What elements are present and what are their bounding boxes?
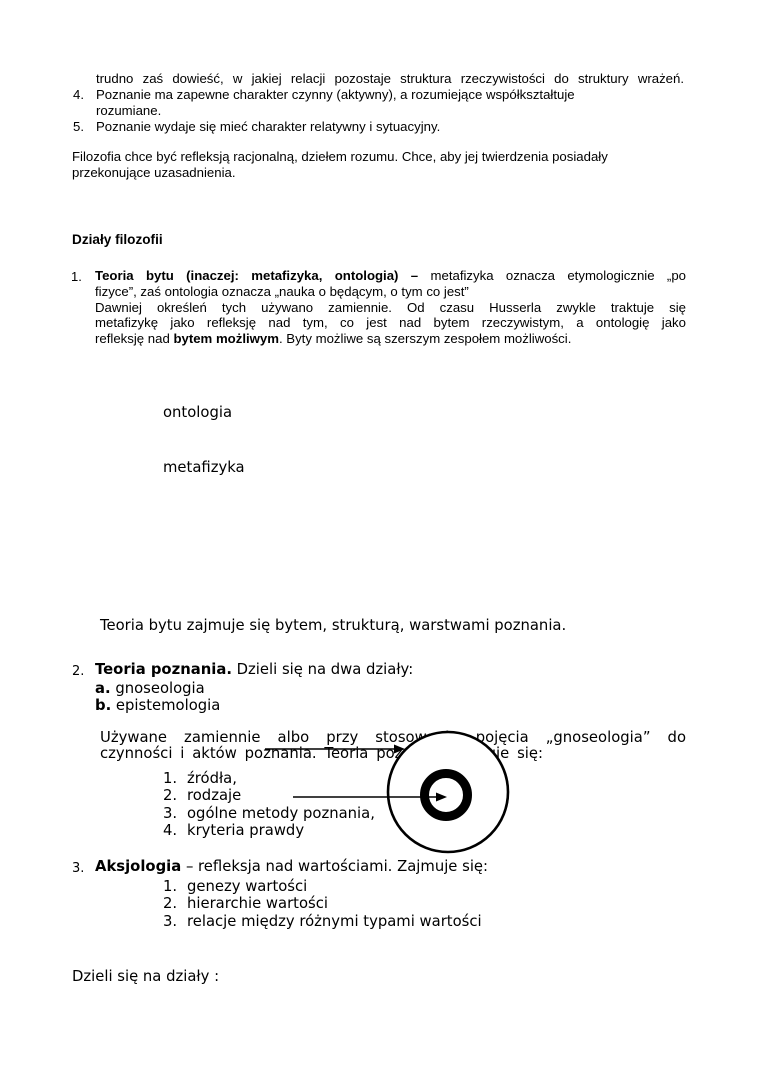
- philosophy-paragraph-line-1: Filozofia chce być refleksją racjonalną,…: [72, 149, 608, 165]
- aksjologia-list-item-1-number: 1.: [163, 878, 187, 895]
- aksjologia-list-item-2: 2.hierarchie wartości: [163, 895, 328, 912]
- aksjologia-list-item-1: 1.genezy wartości: [163, 878, 307, 895]
- intro-item-5-line-1: Poznanie wydaje się mieć charakter relat…: [96, 119, 440, 135]
- intro-item-4-number: 4.: [73, 87, 84, 103]
- footer-line: Dzieli się na działy :: [72, 968, 219, 985]
- usage-list-item-2: 2.rodzaje: [163, 787, 241, 804]
- aksjologia-list-item-3: 3.relacje między różnymi typami wartości: [163, 913, 482, 930]
- item-1-number: 1.: [71, 269, 82, 285]
- item-1-line-1-rest: metafizyka oznacza etymologicznie „po: [418, 268, 686, 283]
- item-2-title-bold: Teoria poznania.: [95, 661, 232, 678]
- usage-paragraph-line-2: czynności i aktów poznania. Teoria pozna…: [100, 745, 543, 762]
- philosophy-paragraph-line-2: przekonujące uzasadnienia.: [72, 165, 236, 181]
- item-1-line-1-bold: Teoria bytu (inaczej: metafizyka, ontolo…: [95, 268, 418, 283]
- usage-list-item-1: 1.źródła,: [163, 770, 237, 787]
- item-1-line-3: Dawniej określeń tych używano zamiennie.…: [95, 300, 686, 316]
- usage-list-item-3: 3.ogólne metody poznania,: [163, 805, 375, 822]
- item-2-sub-a-text: gnoseologia: [111, 680, 205, 697]
- item-1-line-2: fizyce”, zaś ontologia oznacza „nauka o …: [95, 284, 469, 300]
- item-2-number: 2.: [72, 663, 84, 680]
- aksjologia-list-item-3-text: relacje między różnymi typami wartości: [187, 913, 482, 930]
- item-2-sub-b: b. epistemologia: [95, 697, 220, 714]
- intro-item-4-line-1: Poznanie ma zapewne charakter czynny (ak…: [96, 87, 575, 103]
- item-3-title: Aksjologia – refleksja nad wartościami. …: [95, 858, 488, 875]
- item-2-title-rest: Dzieli się na dwa działy:: [232, 661, 413, 678]
- diagram-inner-ring: [425, 774, 468, 817]
- item-2-title: Teoria poznania. Dzieli się na dwa dział…: [95, 661, 413, 678]
- usage-list-item-3-text: ogólne metody poznania,: [187, 805, 375, 822]
- teoria-bytu-note: Teoria bytu zajmuje się bytem, strukturą…: [100, 617, 566, 634]
- label-metafizyka: metafizyka: [163, 459, 245, 476]
- item-1-line-5-post: . Byty możliwe są szerszym zespołem możl…: [279, 331, 571, 346]
- usage-list-item-2-text: rodzaje: [187, 787, 241, 804]
- item-2-sub-b-label: b.: [95, 697, 111, 714]
- item-2-sub-b-text: epistemologia: [111, 697, 220, 714]
- item-3-title-bold: Aksjologia: [95, 858, 181, 875]
- usage-list-item-4-text: kryteria prawdy: [187, 822, 304, 839]
- usage-list-item-1-number: 1.: [163, 770, 187, 787]
- aksjologia-list-item-3-number: 3.: [163, 913, 187, 930]
- usage-list-item-2-number: 2.: [163, 787, 187, 804]
- item-3-number: 3.: [72, 860, 84, 877]
- usage-list-item-4-number: 4.: [163, 822, 187, 839]
- item-3-title-rest: – refleksja nad wartościami. Zajmuje się…: [181, 858, 488, 875]
- item-1-line-1: Teoria bytu (inaczej: metafizyka, ontolo…: [95, 268, 686, 284]
- label-ontologia: ontologia: [163, 404, 232, 421]
- item-1-line-5-bold: bytem możliwym: [173, 331, 279, 346]
- intro-item-4-line-2: rozumiane.: [96, 103, 161, 119]
- item-2-sub-a: a. gnoseologia: [95, 680, 205, 697]
- section-heading: Działy filozofii: [72, 232, 163, 248]
- item-1-line-5-pre: refleksję nad: [95, 331, 173, 346]
- document-page: trudno zaś dowieść, w jakiej relacji poz…: [0, 0, 760, 1075]
- intro-item-5-number: 5.: [73, 119, 84, 135]
- item-2-sub-a-label: a.: [95, 680, 111, 697]
- item-1-line-5: refleksję nad bytem możliwym. Byty możli…: [95, 331, 571, 347]
- intro-hanging-line: trudno zaś dowieść, w jakiej relacji poz…: [96, 71, 684, 87]
- usage-list-item-1-text: źródła,: [187, 770, 237, 787]
- usage-list-item-3-number: 3.: [163, 805, 187, 822]
- arrow-to-ring-center-icon: [293, 793, 447, 802]
- aksjologia-list-item-1-text: genezy wartości: [187, 878, 307, 895]
- item-1-line-4: metafizykę jako refleksję nad tym, co je…: [95, 315, 686, 331]
- aksjologia-list-item-2-number: 2.: [163, 895, 187, 912]
- aksjologia-list-item-2-text: hierarchie wartości: [187, 895, 328, 912]
- usage-paragraph-line-1: Używane zamiennie albo przy stosowaniu p…: [100, 729, 686, 746]
- usage-list-item-4: 4.kryteria prawdy: [163, 822, 304, 839]
